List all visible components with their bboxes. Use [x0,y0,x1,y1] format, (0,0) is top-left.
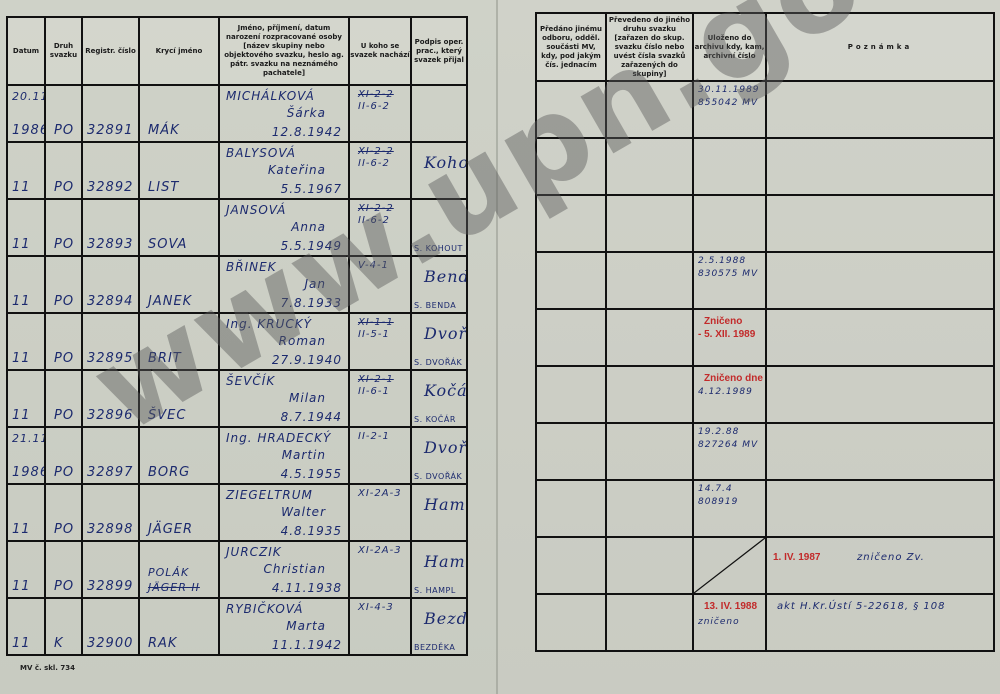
cover-name-cell: POLÁKJÄGER II [139,541,219,598]
date-bottom: 11 [12,294,31,309]
table-row: 11PO32894JANEKBŘINEKJan7.8.1933V-4-1Bend… [7,256,467,313]
signature: Bezděka [424,609,467,628]
location-struck: XI-1-1 [358,317,394,328]
handed-over-cell [536,366,606,423]
transferred-cell [606,195,693,252]
location-cell: XI-2A-3 [349,484,411,541]
archive-line1: 2.5.1988 [698,256,746,266]
location-cell: XI-2-2II-6-2 [349,85,411,142]
signature-cell: HamplS. HAMPL [411,541,467,598]
header-ulozeno: Uloženo do archivu kdy, kam, archivní čí… [693,13,766,81]
surname: MICHÁLKOVÁ [226,89,315,103]
surname: RYBIČKOVÁ [226,602,303,616]
location: II-6-2 [358,215,390,226]
person-cell: ZIEGELTRUMWalter4.8.1935 [219,484,349,541]
archive-line1: 19.2.88 [698,427,739,437]
file-type: K [54,636,64,651]
handed-over-cell [536,423,606,480]
header-druh-svazku: Druh svazku [45,17,82,85]
file-type: PO [54,408,74,423]
signature-cell: KočárS. KOČÁR [411,370,467,427]
table-row: 30.11.1989855042 MV [536,81,994,138]
file-type: PO [54,465,74,480]
table-row: 11PO32898JÄGERZIEGELTRUMWalter4.8.1935XI… [7,484,467,541]
table-row: 11K32900RAKRYBIČKOVÁMarta11.1.1942XI-4-3… [7,598,467,655]
file-type: PO [54,522,74,537]
birth-date: 27.9.1940 [272,353,342,367]
file-type: PO [54,351,74,366]
handed-over-cell [536,195,606,252]
transferred-cell [606,537,693,594]
reg-no-cell: 32892 [82,142,139,199]
cover-name-cell: MÁK [139,85,219,142]
surname: BALYSOVÁ [226,146,296,160]
header-u-koho: U koho se svazek nachází [349,17,411,85]
signature-cell: BezděkaBEZDĚKA [411,598,467,655]
handed-over-cell [536,537,606,594]
transferred-cell [606,81,693,138]
cover-name: LIST [148,180,179,195]
table-row: 14.7.4808919 [536,480,994,537]
note-cell [766,252,994,309]
cover-name: POLÁK [148,566,189,579]
cover-name: ŠVEC [148,408,186,423]
surname: JANSOVÁ [226,203,286,217]
person-cell: JURCZIKChristian4.11.1938 [219,541,349,598]
crossed-out-mark [694,538,765,593]
surname: ŠEVČÍK [226,374,275,388]
transferred-cell [606,423,693,480]
type-cell: PO [45,199,82,256]
archive-line2: 4.12.1989 [698,387,753,397]
cover-name: SOVA [148,237,187,252]
location-struck: XI-2-1 [358,374,394,385]
officer-name: S. KOHOUT [414,244,463,253]
location: XI-2A-3 [358,545,402,556]
type-cell: PO [45,142,82,199]
table-row: Zničeno dne4.12.1989 [536,366,994,423]
date-cell: 11 [7,256,45,313]
birth-date: 4.5.1955 [281,467,342,481]
birth-date: 7.8.1933 [281,296,342,310]
cover-name-cell: LIST [139,142,219,199]
note-cell [766,138,994,195]
location-cell: XI-2-2II-6-2 [349,199,411,256]
transferred-cell [606,594,693,651]
birth-date: 12.8.1942 [272,125,342,139]
date-bottom: 1986 [12,465,45,480]
birth-date: 4.8.1935 [281,524,342,538]
registration-number: 32896 [87,408,133,423]
note-cell [766,81,994,138]
archive-cell [693,537,766,594]
first-name: Šárka [287,106,326,120]
cover-name: JÄGER [148,522,193,537]
officer-name: BEZDĚKA [414,643,455,652]
type-cell: PO [45,427,82,484]
date-cell: 11 [7,313,45,370]
handed-over-cell [536,594,606,651]
location-struck: XI-2-2 [358,203,394,214]
birth-date: 5.5.1949 [281,239,342,253]
archive-stamp: Zničeno dne [704,373,763,384]
cover-name-cell: BORG [139,427,219,484]
cover-name-cell: BRIT [139,313,219,370]
cover-name: BORG [148,465,190,480]
location-cell: XI-2-1II-6-1 [349,370,411,427]
signature-cell: DvořákS. DVOŘÁK [411,427,467,484]
surname: ZIEGELTRUM [226,488,313,502]
transferred-cell [606,252,693,309]
page-gutter [496,0,498,694]
registration-number: 32891 [87,123,133,138]
officer-name: S. BENDA [414,301,456,310]
reg-no-cell: 32899 [82,541,139,598]
reg-no-cell: 32896 [82,370,139,427]
file-type: PO [54,579,74,594]
handed-over-cell [536,480,606,537]
table-row: 11PO32892LISTBALYSOVÁKateřina5.5.1967XI-… [7,142,467,199]
signature: Hampl [424,495,467,514]
surname: JURCZIK [226,545,282,559]
first-name: Kateřina [268,163,326,177]
person-cell: BALYSOVÁKateřina5.5.1967 [219,142,349,199]
table-row: Zničeno- 5. XII. 1989 [536,309,994,366]
date-top: 20.11. [12,90,45,103]
type-cell: PO [45,541,82,598]
date-cell: 11 [7,598,45,655]
cover-name-cell: ŠVEC [139,370,219,427]
note-text: zničeno Zv. [857,552,925,563]
header-kryci-jmeno: Krycí jméno [139,17,219,85]
archive-cell [693,195,766,252]
header-jmeno: Jméno, příjmení, datum narození rozpraco… [219,17,349,85]
table-row: 1. IV. 1987zničeno Zv. [536,537,994,594]
location: II-6-2 [358,158,390,169]
officer-name: S. DVOŘÁK [414,358,462,367]
archive-line2: 830575 MV [698,269,758,279]
signature-cell: BendaS. BENDA [411,256,467,313]
reg-no-cell: 32891 [82,85,139,142]
date-top: 21.11. [12,432,45,445]
archive-line2: 827264 MV [698,440,758,450]
registry-table-left: Datum Druh svazku Registr. číslo Krycí j… [6,16,468,656]
handed-over-cell [536,252,606,309]
archive-cell: 14.7.4808919 [693,480,766,537]
date-cell: 11 [7,142,45,199]
archive-cell [693,138,766,195]
type-cell: PO [45,313,82,370]
cover-name: MÁK [148,123,180,138]
registration-number: 32898 [87,522,133,537]
date-cell: 11 [7,199,45,256]
date-bottom: 11 [12,579,31,594]
signature: Benda [424,267,467,286]
date-cell: 11 [7,370,45,427]
person-cell: MICHÁLKOVÁŠárka12.8.1942 [219,85,349,142]
first-name: Walter [281,505,326,519]
surname: BŘINEK [226,260,277,274]
type-cell: PO [45,256,82,313]
signature: Kohout [424,153,467,172]
date-cell: 11 [7,541,45,598]
signature-cell [411,85,467,142]
person-cell: Ing. KRUCKÝRoman27.9.1940 [219,313,349,370]
reg-no-cell: 32893 [82,199,139,256]
note-cell: akt H.Kr.Ústí 5-22618, § 108 [766,594,994,651]
location-cell: XI-1-1II-5-1 [349,313,411,370]
date-bottom: 11 [12,408,31,423]
table-row [536,138,994,195]
form-footer: MV č. skl. 734 [20,664,75,672]
header-row: Předáno jinému odboru, odděl. součásti M… [536,13,994,81]
note-cell [766,309,994,366]
surname: Ing. KRUCKÝ [226,317,312,331]
location: V-4-1 [358,260,389,271]
location: II-6-1 [358,386,390,397]
first-name: Anna [291,220,326,234]
header-registr-cislo: Registr. číslo [82,17,139,85]
date-bottom: 11 [12,636,31,651]
archive-line1: zničeno [698,617,740,627]
header-prevedeno: Převedeno do jiného druhu svazku [zařaze… [606,13,693,81]
archive-cell: 2.5.1988830575 MV [693,252,766,309]
birth-date: 11.1.1942 [272,638,342,652]
type-cell: PO [45,484,82,541]
cover-name: BRIT [148,351,182,366]
header-predano: Předáno jinému odboru, odděl. součásti M… [536,13,606,81]
date-bottom: 11 [12,180,31,195]
table-row: 21.11.1986PO32897BORGIng. HRADECKÝMartin… [7,427,467,484]
first-name: Milan [289,391,326,405]
type-cell: PO [45,85,82,142]
note-stamp: 1. IV. 1987 [773,552,820,563]
archive-cell: 19.2.88827264 MV [693,423,766,480]
date-cell: 20.11.1986 [7,85,45,142]
registration-number: 32897 [87,465,133,480]
registration-number: 32892 [87,180,133,195]
archive-stamp-date: - 5. XII. 1989 [698,329,755,340]
location: II-2-1 [358,431,390,442]
transferred-cell [606,309,693,366]
archive-cell: Zničeno- 5. XII. 1989 [693,309,766,366]
table-row: 11PO32899POLÁKJÄGER IIJURCZIKChristian4.… [7,541,467,598]
date-bottom: 11 [12,351,31,366]
archive-stamp: 13. IV. 1988 [704,601,757,612]
location-struck: XI-2-2 [358,89,394,100]
archive-line1: 14.7.4 [698,484,733,494]
location-cell: V-4-1 [349,256,411,313]
header-datum: Datum [7,17,45,85]
file-type: PO [54,123,74,138]
location-cell: XI-4-3 [349,598,411,655]
archive-cell: 30.11.1989855042 MV [693,81,766,138]
note-cell [766,423,994,480]
archive-line2: 808919 [698,497,738,507]
table-row [536,195,994,252]
reg-no-cell: 32897 [82,427,139,484]
date-bottom: 11 [12,522,31,537]
transferred-cell [606,480,693,537]
reg-no-cell: 32895 [82,313,139,370]
birth-date: 4.11.1938 [272,581,342,595]
reg-no-cell: 32900 [82,598,139,655]
file-type: PO [54,180,74,195]
date-bottom: 11 [12,237,31,252]
handed-over-cell [536,138,606,195]
date-cell: 11 [7,484,45,541]
handed-over-cell [536,81,606,138]
table-row: 11PO32895BRITIng. KRUCKÝRoman27.9.1940XI… [7,313,467,370]
archive-cell: Zničeno dne4.12.1989 [693,366,766,423]
signature: Dvořák [424,324,467,343]
cover-name-struck: JÄGER II [148,581,200,594]
officer-name: S. KOČÁR [414,415,456,424]
transferred-cell [606,366,693,423]
first-name: Martin [282,448,326,462]
location: XI-2A-3 [358,488,402,499]
note-cell: 1. IV. 1987zničeno Zv. [766,537,994,594]
date-bottom: 1986 [12,123,45,138]
note-cell [766,480,994,537]
first-name: Christian [263,562,326,576]
person-cell: RYBIČKOVÁMarta11.1.1942 [219,598,349,655]
officer-name: S. HAMPL [414,586,456,595]
registration-number: 32899 [87,579,133,594]
signature-cell: S. KOHOUT [411,199,467,256]
archive-line1: 30.11.1989 [698,85,760,95]
type-cell: PO [45,370,82,427]
location-cell: XI-2-2II-6-2 [349,142,411,199]
table-row: 20.11.1986PO32891MÁKMICHÁLKOVÁŠárka12.8.… [7,85,467,142]
file-type: PO [54,237,74,252]
location-struck: XI-2-2 [358,146,394,157]
header-row: Datum Druh svazku Registr. číslo Krycí j… [7,17,467,85]
registration-number: 32894 [87,294,133,309]
registration-number: 32900 [87,636,133,651]
person-cell: ŠEVČÍKMilan8.7.1944 [219,370,349,427]
table-row: 11PO32896ŠVECŠEVČÍKMilan8.7.1944XI-2-1II… [7,370,467,427]
person-cell: JANSOVÁAnna5.5.1949 [219,199,349,256]
note-cell [766,195,994,252]
cover-name: JANEK [148,294,192,309]
note-cell [766,366,994,423]
signature-cell: Hampl [411,484,467,541]
registration-number: 32893 [87,237,133,252]
birth-date: 8.7.1944 [281,410,342,424]
reg-no-cell: 32894 [82,256,139,313]
person-cell: BŘINEKJan7.8.1933 [219,256,349,313]
cover-name: RAK [148,636,177,651]
archive-line2: 855042 MV [698,98,758,108]
cover-name-cell: JÄGER [139,484,219,541]
signature: Dvořák [424,438,467,457]
officer-name: S. DVOŘÁK [414,472,462,481]
first-name: Jan [305,277,327,291]
signature: Kočár [424,381,467,400]
table-row: 19.2.88827264 MV [536,423,994,480]
location: XI-4-3 [358,602,394,613]
table-row: 2.5.1988830575 MV [536,252,994,309]
archive-cell: 13. IV. 1988zničeno [693,594,766,651]
registry-table-right: Předáno jinému odboru, odděl. součásti M… [535,12,995,652]
person-cell: Ing. HRADECKÝMartin4.5.1955 [219,427,349,484]
signature: Hampl [424,552,467,571]
birth-date: 5.5.1967 [281,182,342,196]
cover-name-cell: JANEK [139,256,219,313]
location-cell: II-2-1 [349,427,411,484]
signature-cell: DvořákS. DVOŘÁK [411,313,467,370]
header-podpis: Podpis oper. prac., který svazek přijal [411,17,467,85]
surname: Ing. HRADECKÝ [226,431,331,445]
header-poznamka: Poznámka [766,13,994,81]
location-cell: XI-2A-3 [349,541,411,598]
reg-no-cell: 32898 [82,484,139,541]
table-row: 13. IV. 1988zničenoakt H.Kr.Ústí 5-22618… [536,594,994,651]
table-row: 11PO32893SOVAJANSOVÁAnna5.5.1949XI-2-2II… [7,199,467,256]
registration-number: 32895 [87,351,133,366]
handed-over-cell [536,309,606,366]
cover-name-cell: SOVA [139,199,219,256]
note-text: akt H.Kr.Ústí 5-22618, § 108 [777,601,945,612]
location: II-5-1 [358,329,390,340]
first-name: Roman [279,334,326,348]
transferred-cell [606,138,693,195]
type-cell: K [45,598,82,655]
cover-name-cell: RAK [139,598,219,655]
signature-cell: Kohout [411,142,467,199]
location: II-6-2 [358,101,390,112]
date-cell: 21.11.1986 [7,427,45,484]
first-name: Marta [286,619,326,633]
archive-stamp: Zničeno [704,316,742,327]
file-type: PO [54,294,74,309]
